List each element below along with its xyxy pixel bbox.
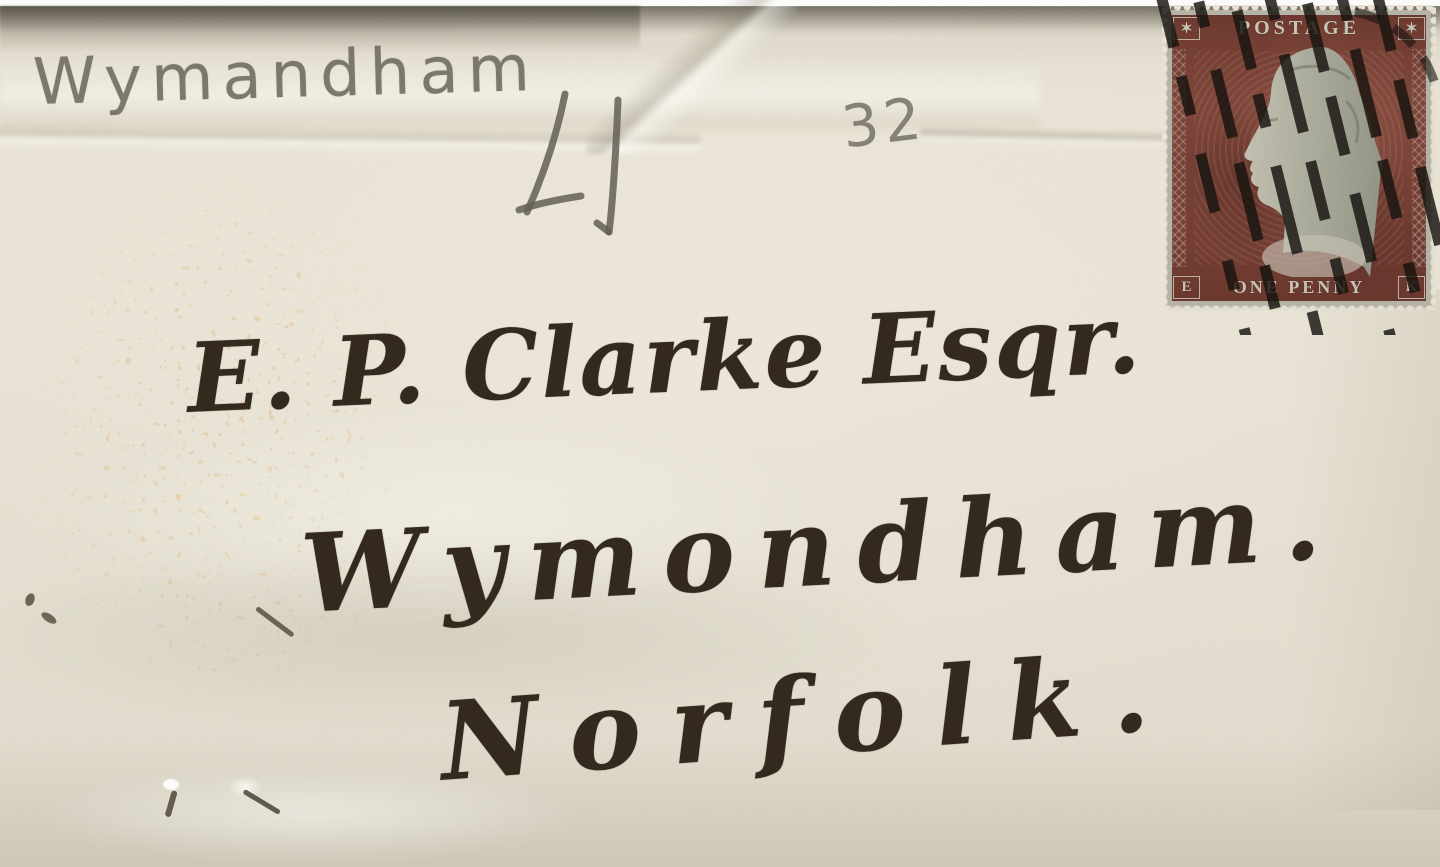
envelope-photo: Wymandham 32 E. P. Clarke Esqr. Wymondha… <box>0 0 1440 867</box>
pencil-place-annotation: Wymandham <box>32 32 540 120</box>
cancellation-bars <box>1150 0 1440 335</box>
pencil-figure-annotation <box>505 72 640 267</box>
pencil-number-annotation: 32 <box>838 84 929 162</box>
